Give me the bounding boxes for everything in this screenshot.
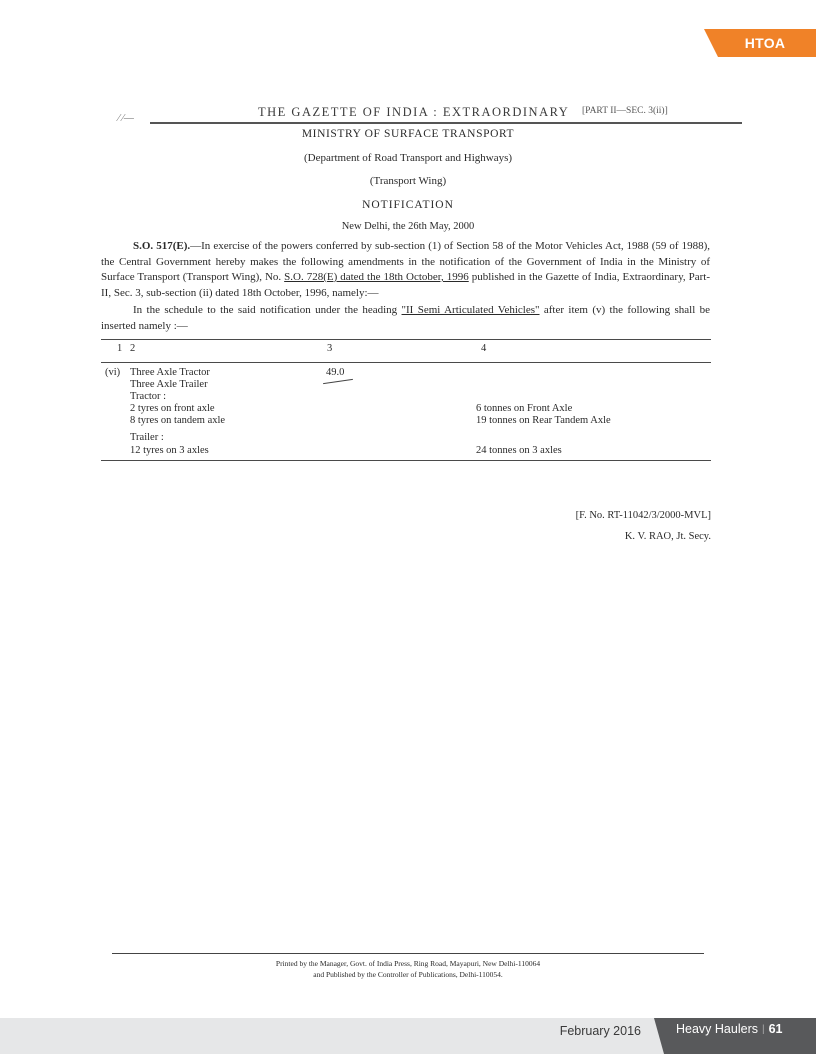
notification-paragraph: S.O. 517(E).—In exercise of the powers c…	[101, 239, 710, 301]
notification-heading: NOTIFICATION	[0, 199, 816, 211]
column-header: 1	[117, 343, 122, 354]
table-bottom-rule	[101, 460, 711, 461]
axle-weight: 19 tonnes on Rear Tandem Axle	[476, 415, 611, 426]
gazette-header-title: THE GAZETTE OF INDIA : EXTRAORDINARY	[258, 105, 569, 120]
magazine-name: Heavy Haulers	[676, 1022, 758, 1036]
ministry-heading: MINISTRY OF SURFACE TRANSPORT	[0, 128, 816, 140]
magazine-footer-label: Heavy Haulers|61	[664, 1018, 816, 1040]
department-heading: (Department of Road Transport and Highwa…	[0, 152, 816, 164]
tyre-config: 12 tyres on 3 axles	[130, 445, 209, 456]
printer-rule	[112, 953, 704, 954]
vehicle-description: Three Axle Trailer	[130, 379, 208, 390]
table-top-rule	[101, 339, 711, 340]
table-header-rule	[101, 362, 711, 363]
page-number: 61	[769, 1022, 783, 1036]
printer-line-2: and Published by the Controller of Publi…	[0, 969, 816, 980]
header-rule	[150, 122, 742, 124]
printer-line-1: Printed by the Manager, Govt. of India P…	[0, 958, 816, 969]
gazette-document: THE GAZETTE OF INDIA : EXTRAORDINARY [PA…	[0, 0, 816, 1010]
item-number: (vi)	[105, 367, 120, 378]
issue-date: February 2016	[560, 1024, 641, 1038]
vehicle-description: Three Axle Tractor	[130, 367, 210, 378]
separator: |	[762, 1024, 765, 1035]
tyre-config: 8 tyres on tandem axle	[130, 415, 225, 426]
margin-scribble: ⁄ ⁄—	[118, 113, 134, 124]
paragraph-text: In the schedule to the said notification…	[133, 304, 402, 316]
column-header: 4	[481, 343, 486, 354]
wing-heading: (Transport Wing)	[0, 175, 816, 187]
gazette-header-part: [PART II—SEC. 3(ii)]	[582, 106, 668, 116]
column-header: 2	[130, 343, 135, 354]
underlined-heading: "II Semi Articulated Vehicles"	[402, 304, 540, 316]
tyre-config: 2 tyres on front axle	[130, 403, 215, 414]
section-label: Tractor :	[130, 391, 166, 402]
section-label: Trailer :	[130, 432, 164, 443]
signatory: K. V. RAO, Jt. Secy.	[625, 531, 711, 542]
axle-weight: 24 tonnes on 3 axles	[476, 445, 562, 456]
axle-weight: 6 tonnes on Front Axle	[476, 403, 572, 414]
file-number: [F. No. RT-11042/3/2000-MVL]	[576, 510, 711, 521]
handwritten-underline	[323, 379, 353, 384]
schedule-paragraph: In the schedule to the said notification…	[101, 303, 710, 334]
date-line: New Delhi, the 26th May, 2000	[0, 221, 816, 232]
so-reference: S.O. 517(E).	[133, 240, 190, 252]
column-header: 3	[327, 343, 332, 354]
gross-weight: 49.0	[326, 367, 344, 378]
underlined-reference: S.O. 728(E) dated the 18th October, 1996	[284, 271, 469, 283]
